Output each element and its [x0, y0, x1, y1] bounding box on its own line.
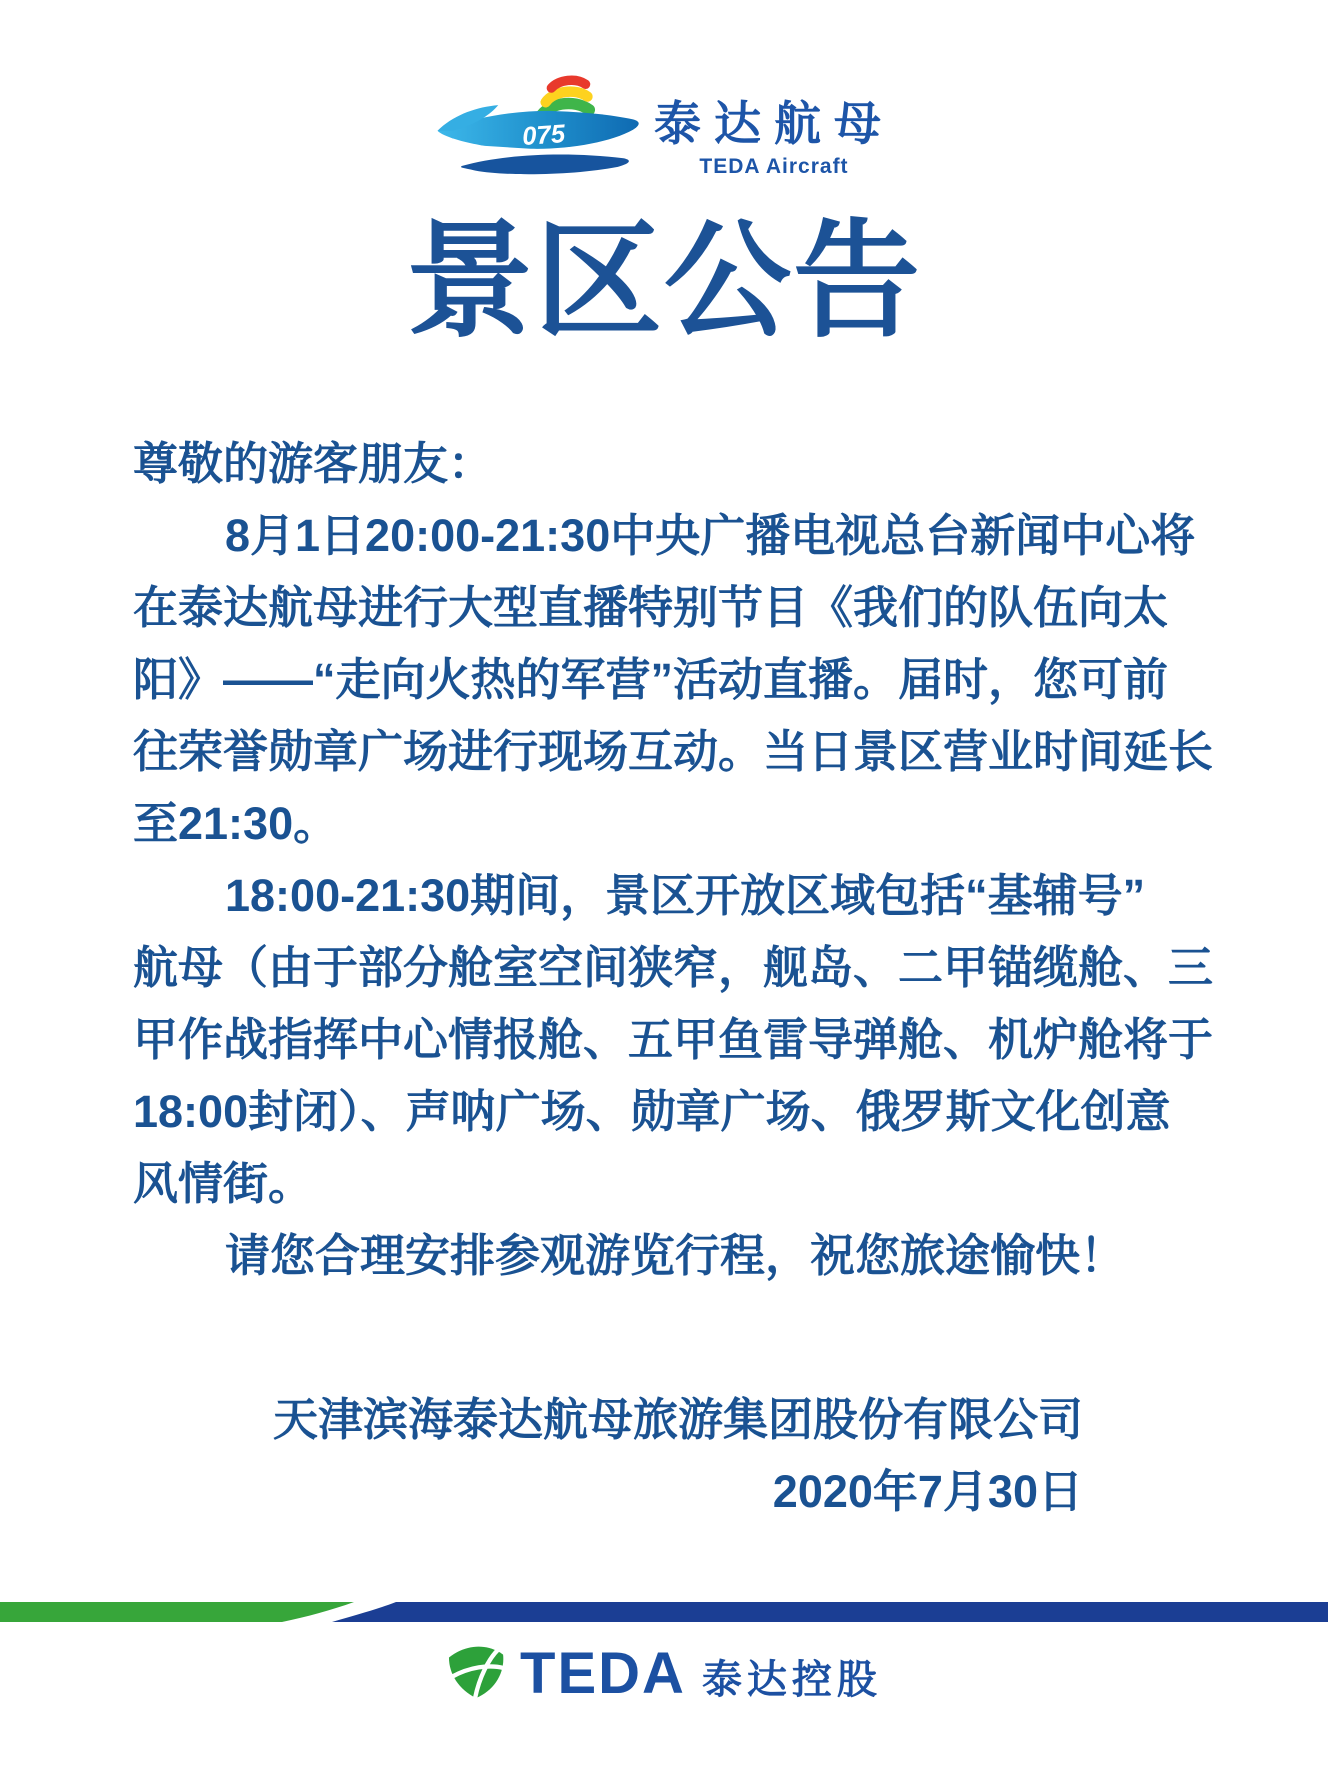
closing-line: 请您合理安排参观游览行程，祝您旅途愉快！	[133, 1220, 1183, 1292]
ship-number: 075	[521, 120, 566, 151]
teda-aircraft-ship-icon: 075	[434, 70, 646, 182]
paragraph-1: 8月1日20:00-21:30中央广播电视总台新闻中心将 在泰达航母进行大型直播…	[133, 500, 1183, 860]
brand-name-cn: 泰达航母	[654, 87, 894, 154]
notice-line: 航母（由于部分舱室空间狭窄，舰岛、二甲锚缆舱、三	[133, 932, 1183, 1004]
signature-block: 天津滨海泰达航母旅游集团股份有限公司 2020年7月30日	[133, 1384, 1183, 1528]
notice-line: 阳》——“走向火热的军营”活动直播。届时，您可前	[133, 644, 1183, 716]
notice-line: 18:00封闭）、声呐广场、勋章广场、俄罗斯文化创意	[133, 1076, 1183, 1148]
notice-line: 至21:30。	[133, 788, 1183, 860]
notice-line: 在泰达航母进行大型直播特别节目《我们的队伍向太	[133, 572, 1183, 644]
signature-date: 2020年7月30日	[133, 1456, 1083, 1528]
paragraph-2: 18:00-21:30期间，景区开放区域包括“基辅号” 航母（由于部分舱室空间狭…	[133, 860, 1183, 1220]
footer-logo-text-cn: 泰达控股	[702, 1648, 882, 1705]
footer-logo: TEDA 泰达控股	[0, 1640, 1328, 1707]
notice-line: 风情街。	[133, 1148, 1183, 1220]
notice-body: 尊敬的游客朋友： 8月1日20:00-21:30中央广播电视总台新闻中心将 在泰…	[133, 428, 1183, 1528]
page-title: 景区公告	[0, 212, 1328, 352]
notice-line: 18:00-21:30期间，景区开放区域包括“基辅号”	[133, 860, 1183, 932]
brand-text-block: 泰达航母 TEDA Aircraft	[654, 87, 894, 179]
footer-divider-bar	[0, 1602, 1328, 1622]
teda-leaf-icon	[446, 1642, 508, 1705]
brand-name-en: TEDA Aircraft	[699, 155, 848, 179]
signature-company: 天津滨海泰达航母旅游集团股份有限公司	[133, 1384, 1083, 1456]
scenic-area-announcement-poster: { "header": { "ship_number": "075", "bra…	[0, 0, 1328, 1771]
notice-line: 甲作战指挥中心情报舱、五甲鱼雷导弹舱、机炉舱将于	[133, 1004, 1183, 1076]
notice-line: 8月1日20:00-21:30中央广播电视总台新闻中心将	[133, 500, 1183, 572]
header-logo: 075 泰达航母 TEDA Aircraft	[0, 70, 1328, 182]
greeting-line: 尊敬的游客朋友：	[133, 428, 1183, 500]
footer-logo-text-en: TEDA	[520, 1640, 686, 1707]
notice-line: 往荣誉勋章广场进行现场互动。当日景区营业时间延长	[133, 716, 1183, 788]
